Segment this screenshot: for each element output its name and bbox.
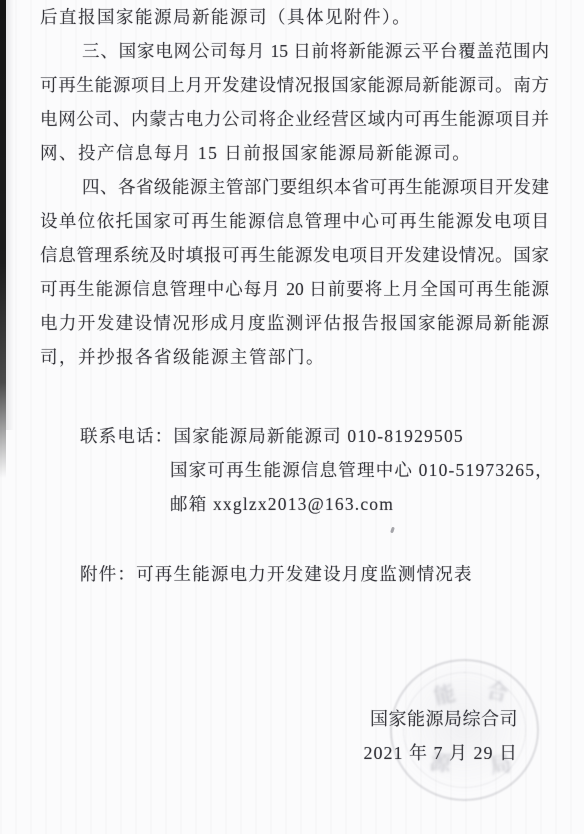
body-line: 电力开发建设情况形成月度监测评估报告报国家能源局新能源 <box>40 306 549 340</box>
attachment-line: 附件：可再生能源电力开发建设月度监测情况表 <box>40 557 584 591</box>
signature-issuer: 国家能源局综合司 <box>364 702 519 736</box>
contact-phone-line: 联系电话：国家能源局新能源司 010-81929505 <box>40 419 549 453</box>
body-line: 电网公司、内蒙古电力公司将企业经营区域内可再生能源项目并 <box>40 102 549 136</box>
contact-block: 联系电话：国家能源局新能源司 010-81929505 国家可再生能源信息管理中… <box>40 419 549 521</box>
body-line: 可再生能源项目上月开发建设情况报国家能源局新能源司。南方 <box>40 68 549 102</box>
document-body: 后直报国家能源局新能源司（具体见附件）。 三、国家电网公司每月 15 日前将新能… <box>40 0 549 374</box>
body-line: 设单位依托国家可再生能源信息管理中心可再生能源发电项目 <box>40 204 549 238</box>
contact-email-line: 邮箱 xxglzx2013@163.com <box>40 487 549 521</box>
body-line: 信息管理系统及时填报可再生能源发电项目开发建设情况。国家 <box>40 238 549 272</box>
body-line: 司，并抄报各省级能源主管部门。 <box>40 340 549 374</box>
scan-edge-haze <box>6 0 14 430</box>
noise-speck <box>390 527 395 534</box>
body-line: 可再生能源信息管理中心每月 20 日前要将上月全国可再生能源 <box>40 272 549 306</box>
body-line: 四、各省级能源主管部门要组织本省可再生能源项目开发建 <box>40 170 549 204</box>
signature-block: 国家能源局综合司 2021 年 7 月 29 日 <box>364 702 519 770</box>
scanned-document-page: 后直报国家能源局新能源司（具体见附件）。 三、国家电网公司每月 15 日前将新能… <box>0 0 584 834</box>
signature-date: 2021 年 7 月 29 日 <box>364 736 519 770</box>
body-line: 后直报国家能源局新能源司（具体见附件）。 <box>40 0 549 34</box>
body-line: 三、国家电网公司每月 15 日前将新能源云平台覆盖范围内 <box>40 34 549 68</box>
body-line: 网、投产信息每月 15 日前报国家能源局新能源司。 <box>40 136 549 170</box>
contact-center-line: 国家可再生能源信息管理中心 010-51973265， <box>40 453 549 487</box>
